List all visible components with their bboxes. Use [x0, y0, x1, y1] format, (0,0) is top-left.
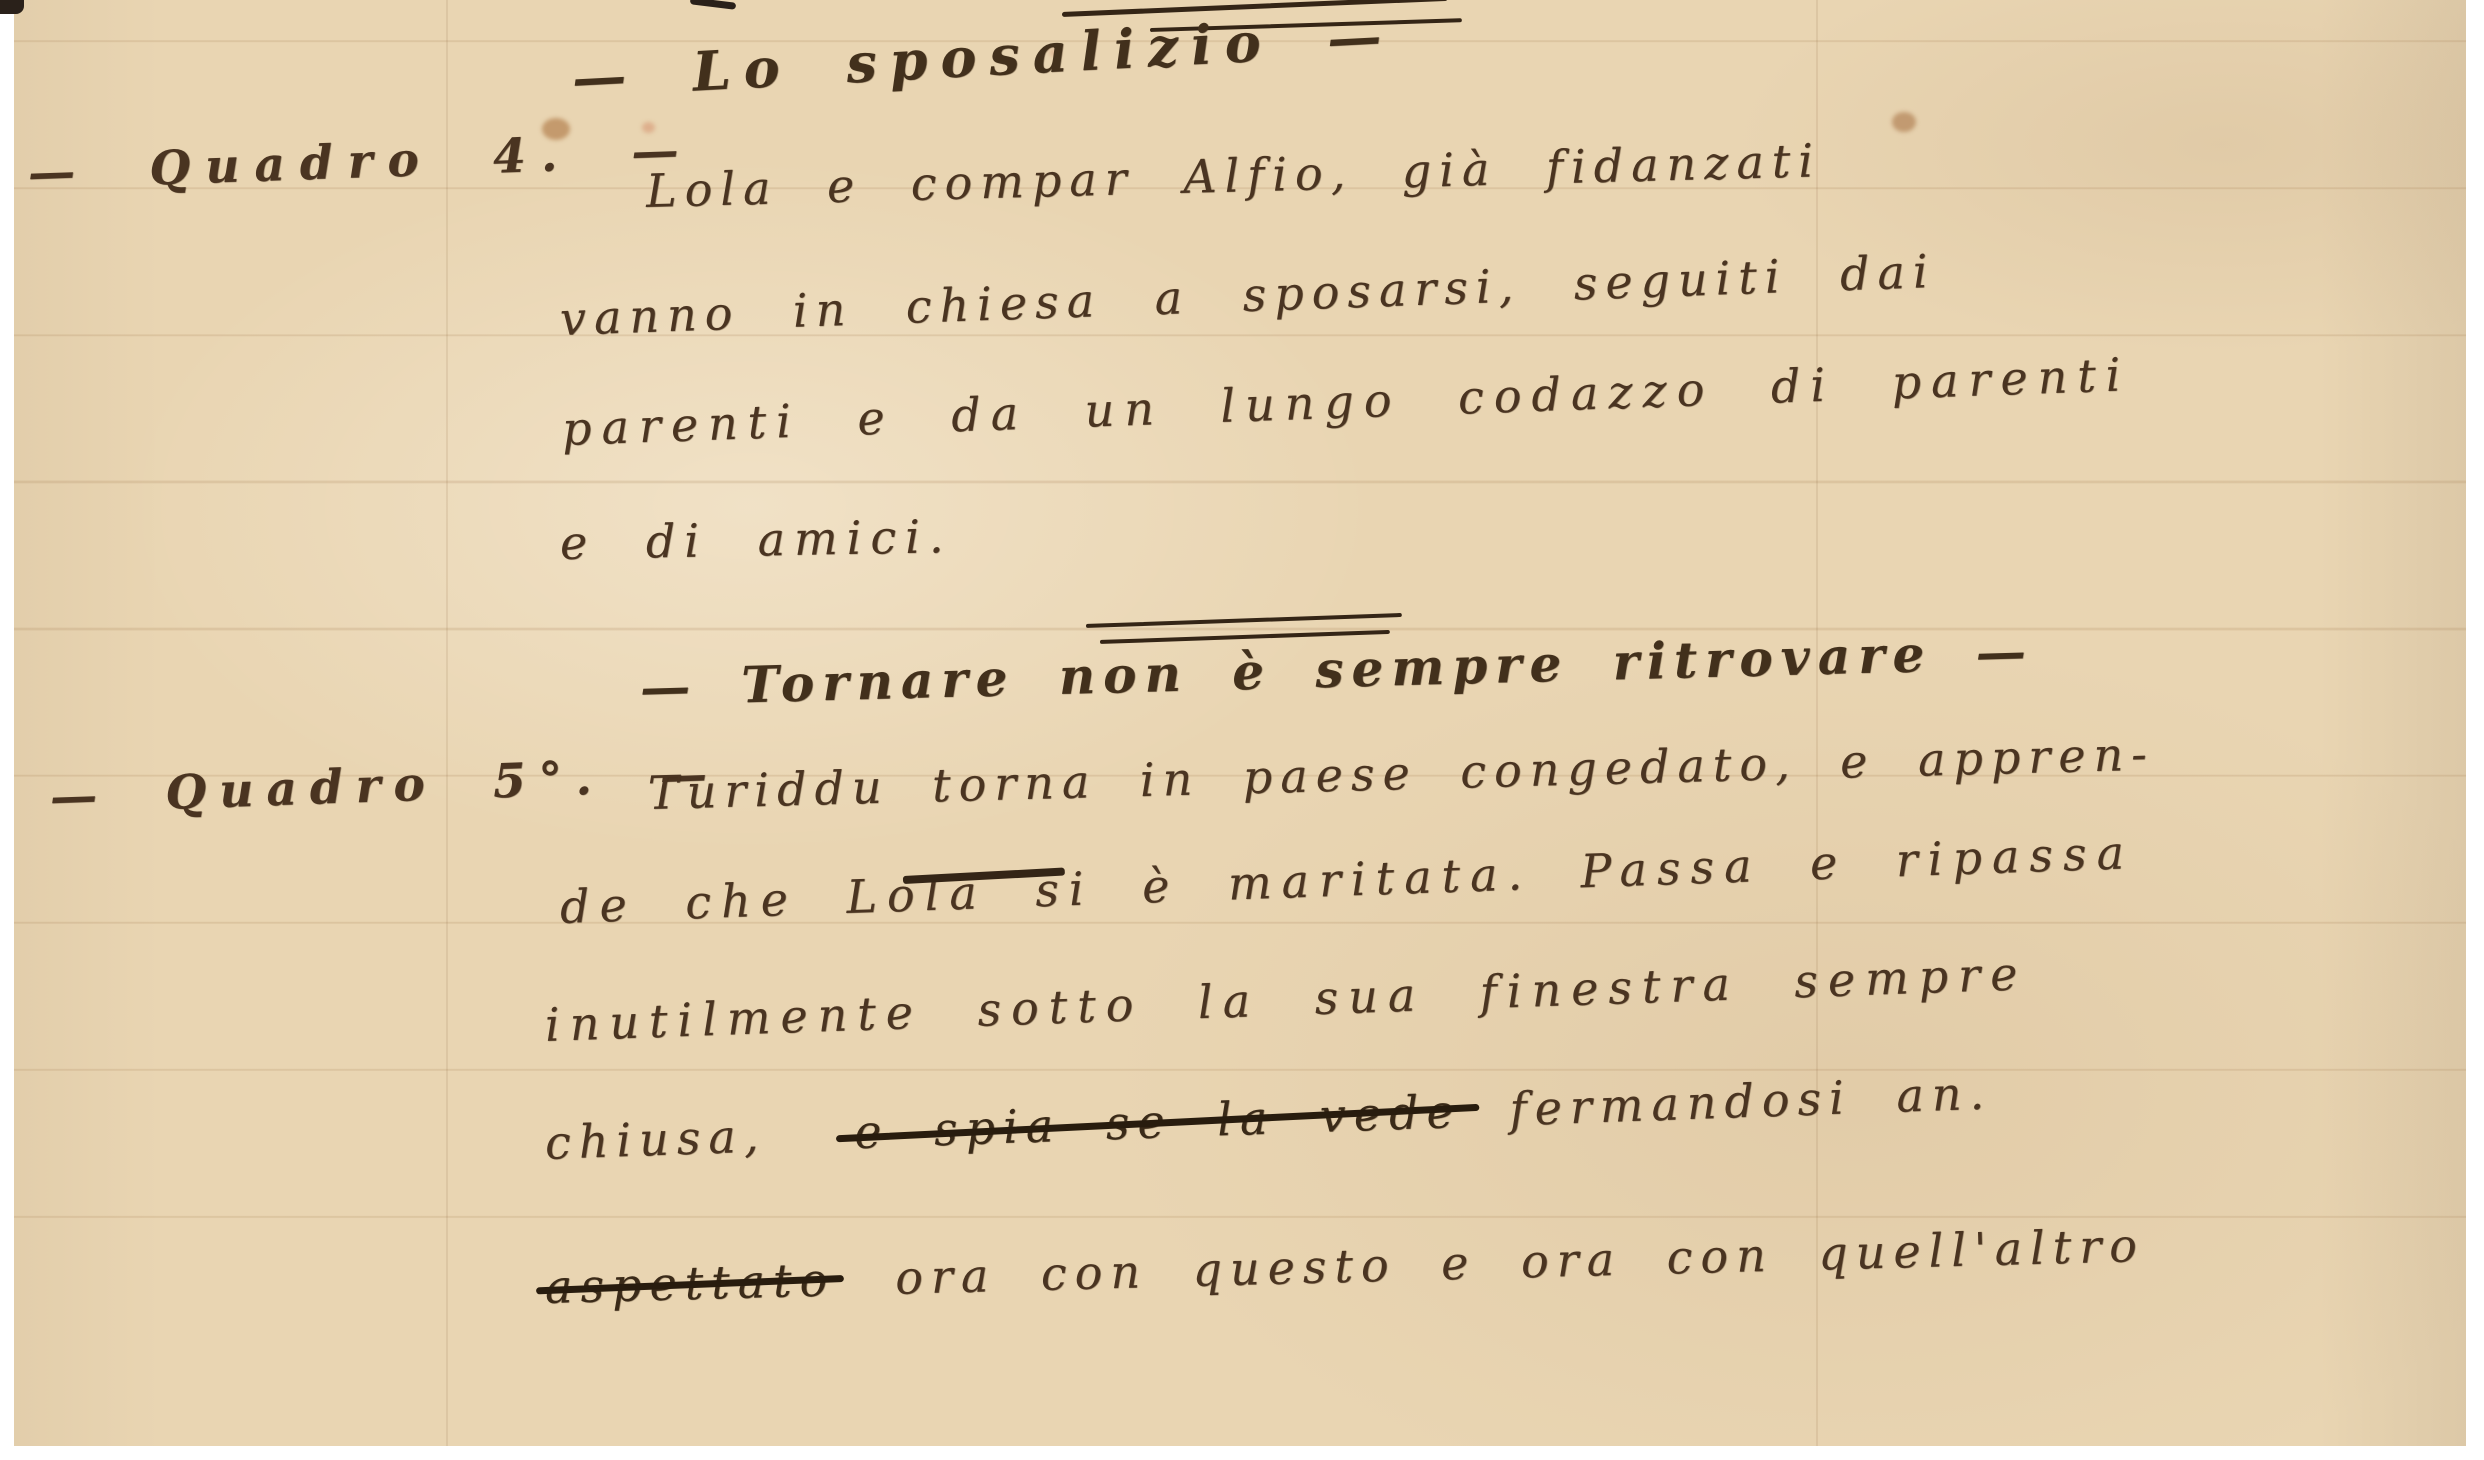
section2-line-5-struck-text: aspettato [544, 1252, 836, 1314]
fold-crease-left [446, 0, 448, 1446]
ink-stain [1892, 112, 1916, 132]
section2-line-4-start: chiusa, [544, 1108, 767, 1170]
section1-line-4: e di amici. [560, 509, 953, 570]
manuscript-scan: — Lo sposalizio — — Quadro 4. — Lola e c… [0, 0, 2484, 1460]
scan-edge-mark [0, 0, 24, 14]
